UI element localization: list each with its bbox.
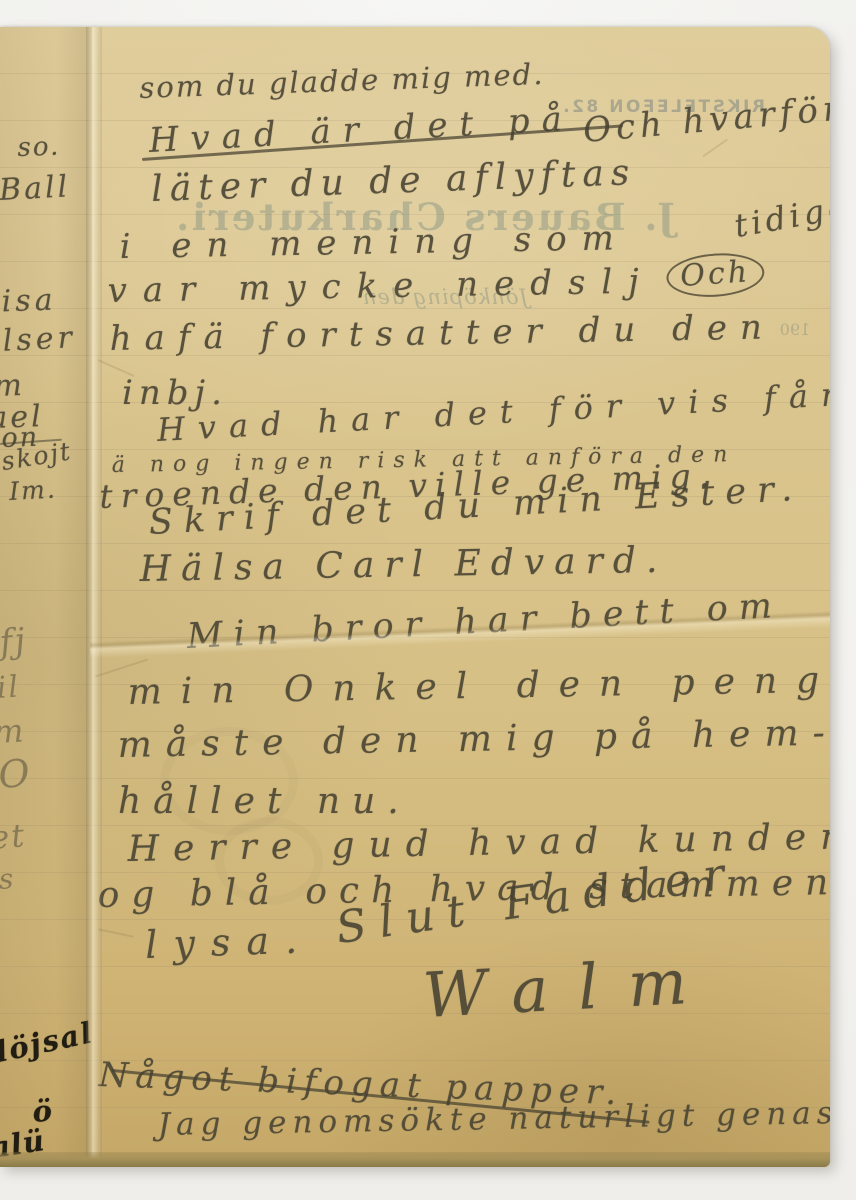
handwritten-line: Hälsa Carl Edvard. — [139, 540, 667, 590]
fold-crease-vertical — [86, 27, 102, 1167]
handwritten-line: hafä fortsatter du den — [109, 307, 775, 359]
pencil-fragment: m — [0, 368, 24, 404]
handwritten-line: läter du de aflyftas — [151, 152, 637, 210]
pencil-fragment: so. — [17, 132, 61, 163]
signature-line: Walm — [421, 944, 718, 1032]
handwritten-line: i en mening som — [119, 218, 629, 267]
pencil-fragment: Im. — [8, 475, 57, 506]
handwritten-line: Och — [665, 250, 765, 300]
illegible-pencil-fragment: et — [0, 816, 28, 857]
ink-fragment: löjsal — [0, 1015, 92, 1069]
bleedthrough-year-stub: 190 — [775, 320, 815, 339]
paper-crinkle — [702, 139, 727, 157]
left-page-edge: so.BallrisaelsermaelonskojtIm.fjilmOetsl… — [0, 27, 92, 1167]
handwritten-line: min Onkel den peng — [127, 660, 830, 713]
handwritten-line: hållet nu. — [118, 781, 411, 822]
handwritten-line: måste den mig på hem- — [117, 712, 830, 766]
handwritten-line: Hvad har det för vis får — [156, 375, 830, 449]
handwritten-line: var mycke nedslj — [107, 261, 655, 311]
handwritten-line: Jag genomsökte naturligt genast — [157, 1095, 830, 1143]
paper-crinkle — [97, 359, 134, 377]
pencil-fragment: Ball — [0, 169, 71, 208]
pencil-fragment: risa — [0, 282, 57, 320]
illegible-pencil-fragment: m — [0, 711, 26, 751]
handwritten-line: Och hvarför — [582, 88, 830, 151]
illegible-pencil-fragment: O — [0, 751, 33, 797]
handwritten-line: tidige — [731, 187, 830, 245]
illegible-pencil-fragment: il — [0, 669, 21, 706]
paper-crinkle — [98, 928, 134, 937]
pencil-fragment: elser — [0, 320, 77, 360]
letter-paper: RIKSTELEFON 82. J. Bauers Charkuteri. Jö… — [0, 27, 830, 1167]
handwritten-line: lysa. — [144, 917, 313, 967]
scanned-letter-photo: { "photo": { "description": "Scan of a h… — [0, 0, 856, 1200]
illegible-pencil-fragment: s — [0, 862, 16, 896]
illegible-pencil-fragment: fj — [0, 620, 29, 663]
handwritten-line: Hvad är det på — [148, 99, 575, 161]
handwritten-line: som du gladde mig med. — [139, 57, 545, 105]
paper-bottom-edge — [0, 1152, 830, 1167]
handwritten-line: inbj. — [122, 373, 228, 413]
